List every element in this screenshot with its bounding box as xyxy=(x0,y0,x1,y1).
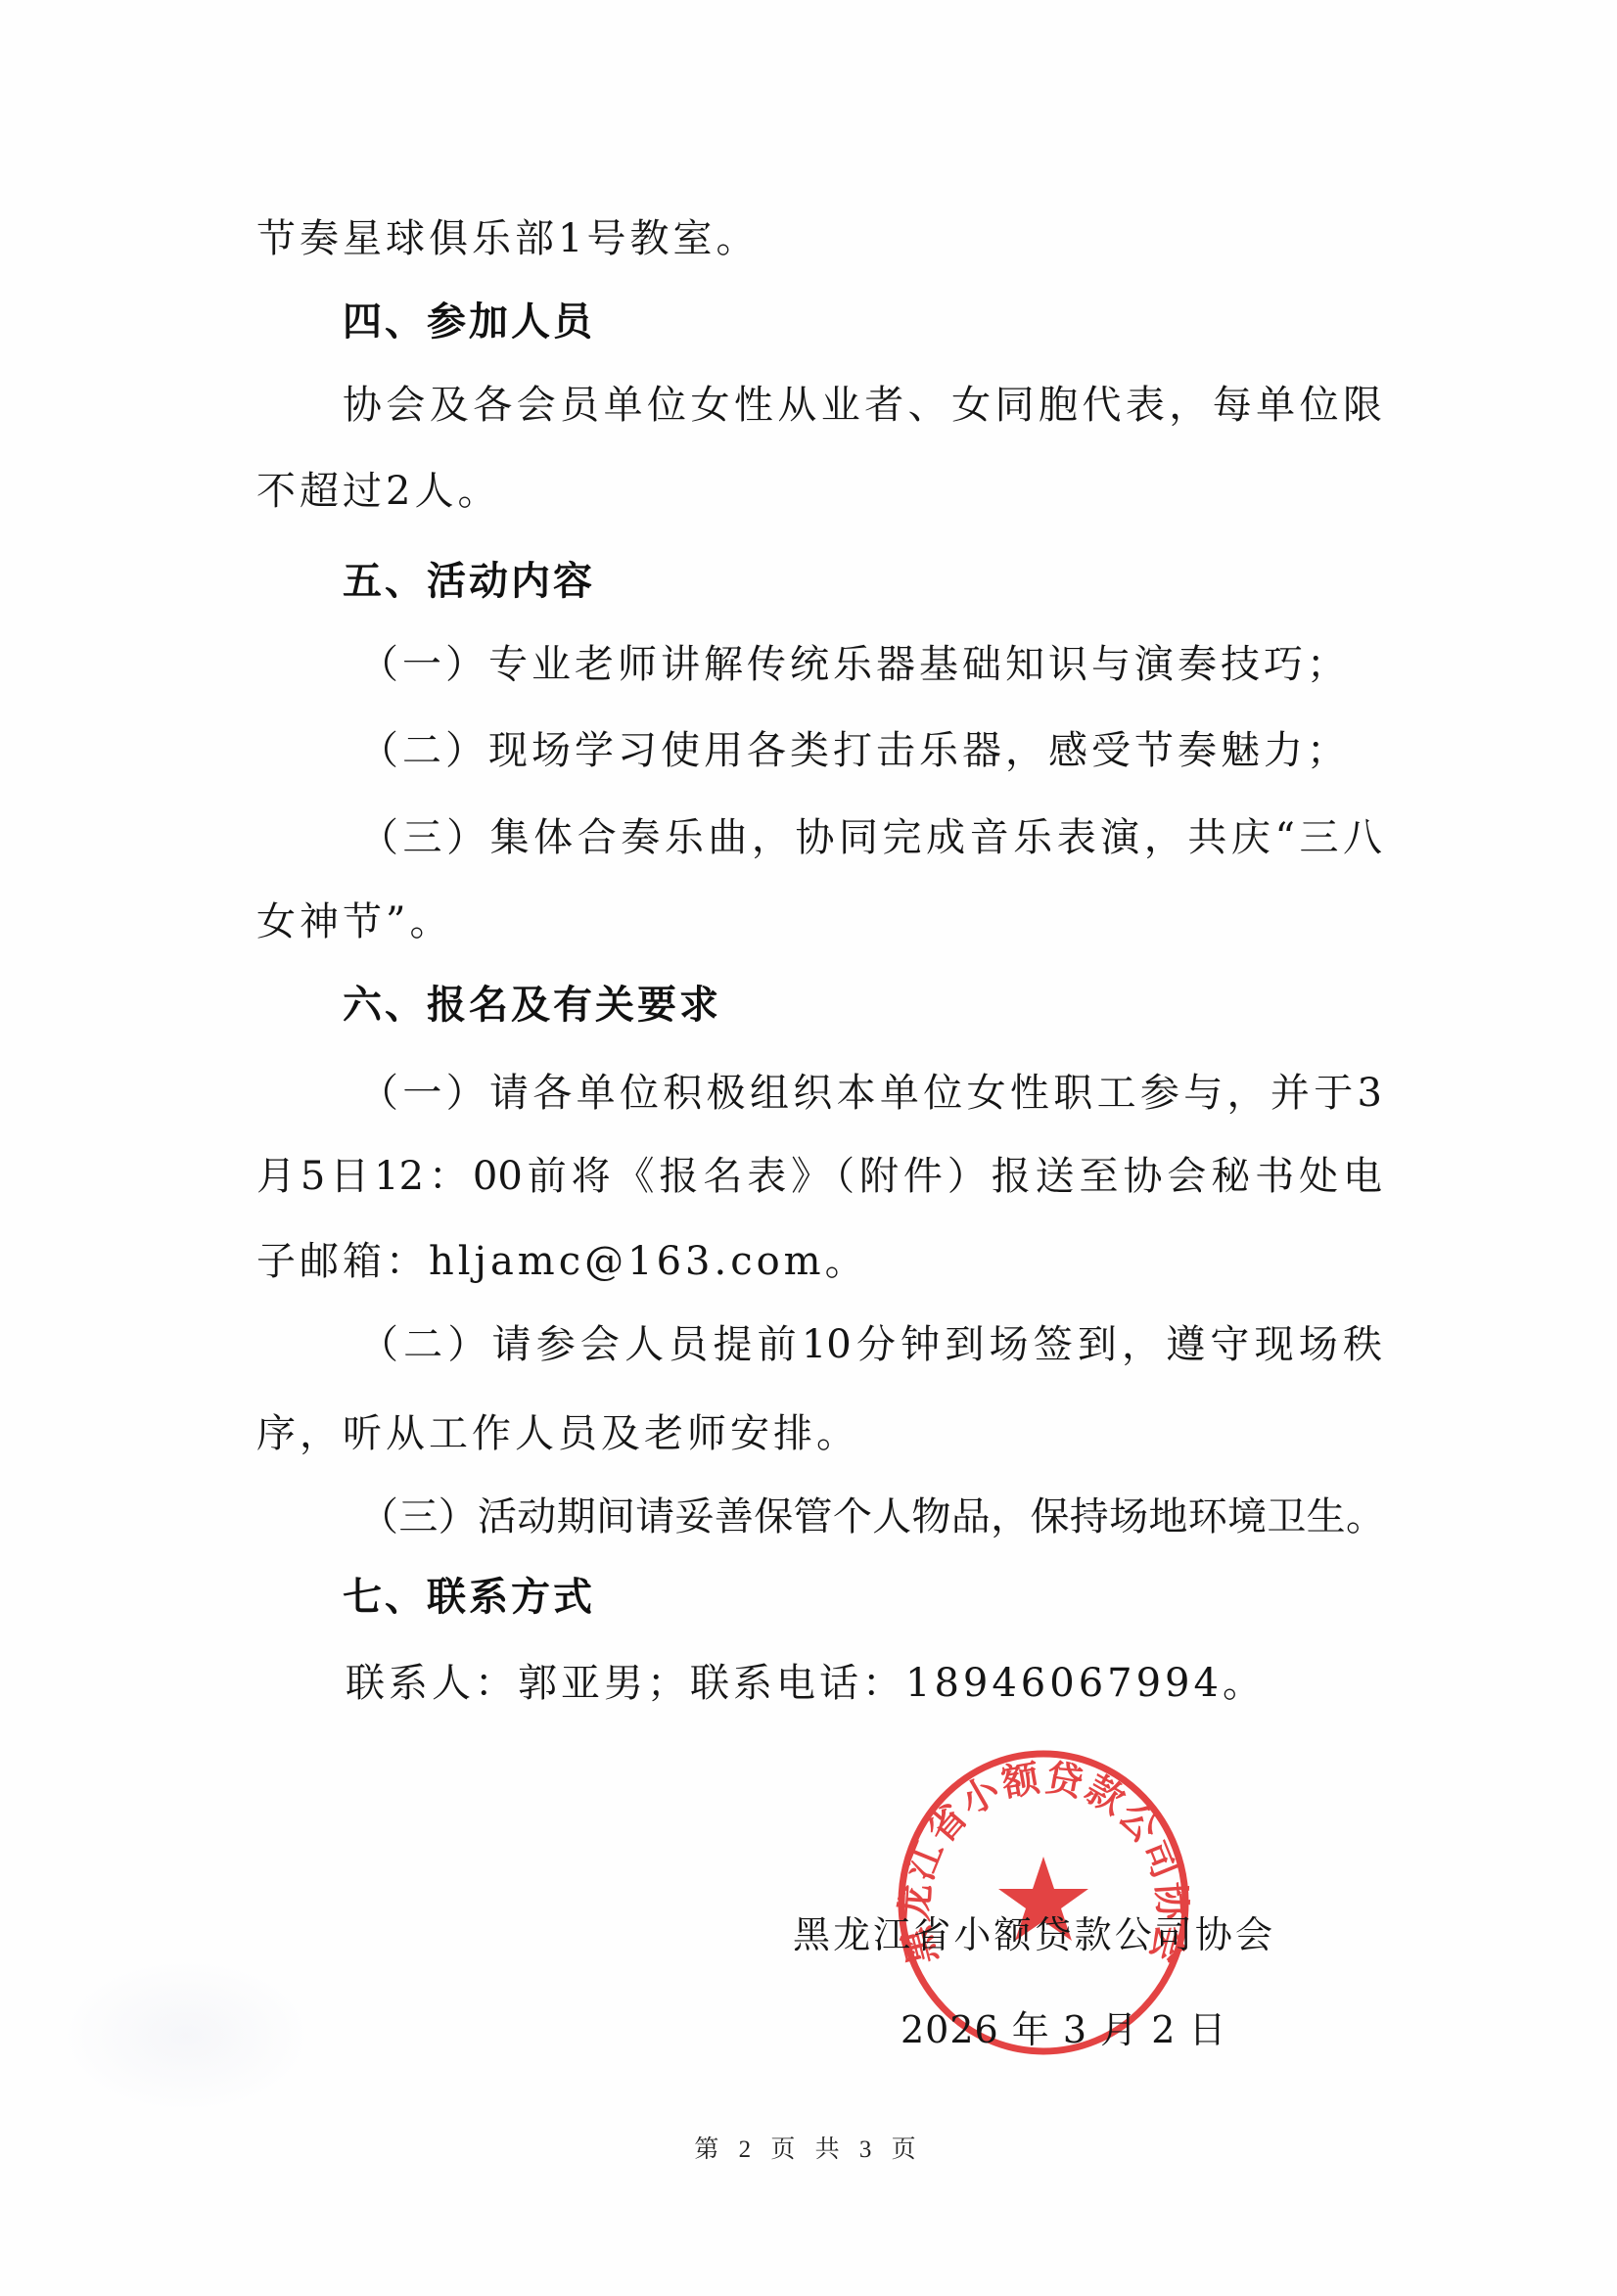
list-item: （二）请参会人员提前10分钟到场签到，遵守现场秩 xyxy=(359,1323,1382,1366)
list-item: （三）活动期间请妥善保管个人物品，保持场地环境卫生。 xyxy=(359,1495,1385,1538)
section-heading-activities: 五、活动内容 xyxy=(343,560,595,603)
contact-info: 联系人：郭亚男；联系电话：18946067994。 xyxy=(346,1662,1266,1705)
paragraph-line: 不超过2人。 xyxy=(256,470,500,513)
section-heading-participants: 四、参加人员 xyxy=(343,300,595,344)
email-text: 子邮箱：hljamc@163.com。 xyxy=(256,1240,868,1283)
list-item: （一）请各单位积极组织本单位女性职工参与，并于3 xyxy=(359,1072,1382,1115)
list-item: （二）现场学习使用各类打击乐器，感受节奏魅力； xyxy=(359,729,1350,772)
scan-artifact xyxy=(59,1957,313,2114)
list-item-continuation: 月5日12：00前将《报名表》（附件）报送至协会秘书处电 xyxy=(256,1155,1382,1198)
list-item-continuation: 女神节”。 xyxy=(256,900,452,943)
paragraph-line: 协会及各会员单位女性从业者、女同胞代表，每单位限 xyxy=(343,384,1382,427)
signature-date: 2026 年 3 月 2 日 xyxy=(901,2008,1186,2051)
document-page: 节奏星球俱乐部1号教室。 四、参加人员 协会及各会员单位女性从业者、女同胞代表，… xyxy=(0,0,1617,2296)
continued-text: 节奏星球俱乐部1号教室。 xyxy=(256,217,759,260)
section-heading-contact: 七、联系方式 xyxy=(343,1576,595,1619)
section-heading-registration: 六、报名及有关要求 xyxy=(343,984,721,1027)
signature-organization: 黑龙江省小额贷款公司协会 xyxy=(793,1913,1272,1956)
list-item: （三）集体合奏乐曲，协同完成音乐表演，共庆“三八 xyxy=(359,816,1382,859)
list-item: （一）专业老师讲解传统乐器基础知识与演奏技巧； xyxy=(359,643,1350,686)
list-item-continuation: 序，听从工作人员及老师安排。 xyxy=(256,1412,859,1455)
page-indicator: 第 2 页 共 3 页 xyxy=(0,2130,1617,2165)
